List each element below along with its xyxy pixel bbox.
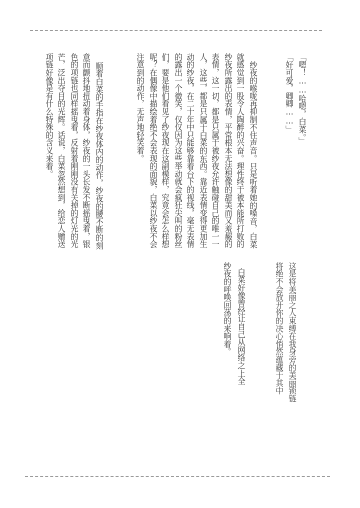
- paragraph-column: 芒，泛出夺目的光辉。话说，白菜忽然想到，给恋人赠送: [57, 53, 66, 248]
- paragraph-column: 意而颤抖地扭动着身体，纱夜的一头长发不断摇曳着，银: [82, 53, 91, 248]
- paragraph-column: 纱夜所露出的表情，平常根本无法想像的甜美而又羞赧的: [224, 53, 233, 248]
- paragraph-column: 顺着白菜的手指在纱夜体内的动作，纱夜的腰不断的刻: [95, 62, 104, 249]
- paragraph-column: 人，这些，都是只属于白菜的东西。靠近表情变得更加生: [199, 53, 208, 248]
- paragraph-column: 白菜好像曾经让自己从网络之上全: [237, 268, 246, 385]
- paragraph-column: 项链好像是有什么特殊的含义来着。: [45, 53, 54, 178]
- top-dashed-rule: [30, 30, 322, 31]
- paragraph-column: 纱夜的呼唤回荡的来响着。: [223, 262, 232, 356]
- paragraph-column: 的露出一个微笑，仅仅因为这些举动就会疯狂尖叫的粉丝: [174, 53, 183, 248]
- bottom-dashed-rule: [25, 476, 330, 477]
- paragraph-column: 就感觉到一股令人陶醉的兴奋。理性终于被本能所打败的: [236, 53, 245, 248]
- paragraph-column: 呢？在偶像中描绘着绝不会表现的面貌，白菜以纱夜不会: [149, 53, 158, 248]
- paragraph-column: 色的项链也同样摇曳着，反射着刚刚没有关掉的灯光的光: [70, 53, 79, 248]
- paragraph-column: 注意到的动作，无声地轻笑着。: [136, 53, 145, 162]
- verse-line: 将绝不会放开你的决心悄然蕴藏于其中: [275, 262, 284, 395]
- scanned-book-page: 「嗯！……哈嗯，白菜。」 「好可爱，卿卿……」 纱夜的喉咙再抑制不住声音。只是听…: [0, 0, 360, 508]
- verse-line: 这是将美丽之人束缚在我身旁的美丽锁链: [288, 262, 297, 402]
- paragraph-column: 动的纱夜，在二十年中只能够靠着台下的视线，毫无表情: [186, 53, 195, 248]
- dialogue-line: 「好可爱，卿卿……」: [285, 53, 294, 133]
- paragraph-column: 纱夜的喉咙再抑制不住声音。只是听着她的嗓音，白菜: [249, 61, 258, 248]
- paragraph-column: 们，要是他们看见了纱夜现在这副模样，究竟会怎么样想: [161, 53, 170, 248]
- paragraph-column: 表情，这一切，都是只属于被纱夜允许触碰自己的唯一一: [211, 53, 220, 248]
- dialogue-line: 「嗯！……哈嗯，白菜。」: [298, 53, 307, 145]
